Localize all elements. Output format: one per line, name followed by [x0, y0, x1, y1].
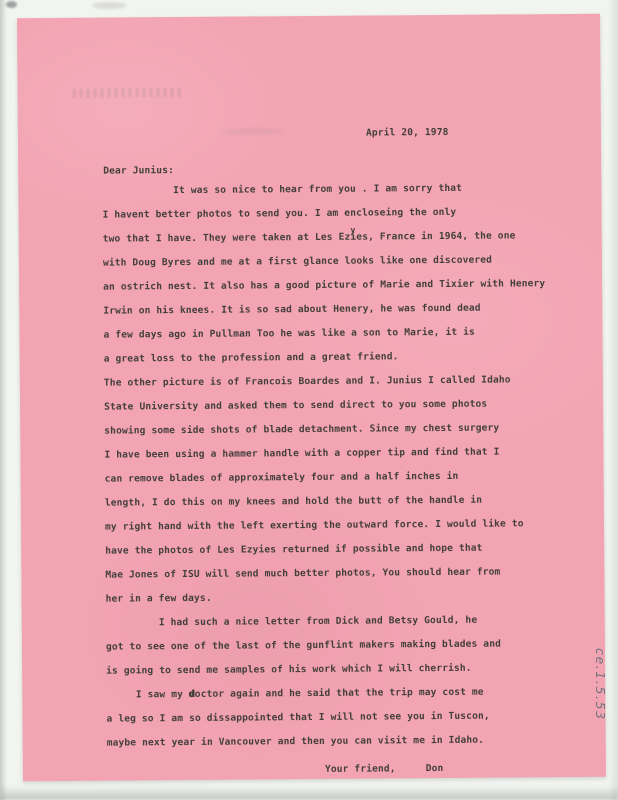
letter-line: maybe next year in Vancouver and then yo… [107, 728, 599, 756]
scan-edge-shadow-left [0, 0, 7, 800]
overstruck-char: d [189, 689, 195, 700]
scanned-letter-page: { "notation": { "^x^": "character typed … [0, 0, 618, 800]
letter-salutation: Dear Junius: [103, 165, 174, 177]
letter-line: an ostrich nest. It also has a good pict… [103, 272, 595, 300]
letter-closing: Your friend,Don [325, 757, 444, 782]
faint-pencil-mark [73, 88, 185, 98]
scan-edge-shade-bottom [0, 786, 618, 800]
catalog-number-annotation: ce.1.5.53 [593, 648, 608, 721]
signature-name: Don [426, 763, 444, 774]
letter-body: It was so nice to hear from you . I am s… [102, 176, 599, 756]
letter-date: April 20, 1978 [366, 127, 449, 139]
letter-line: my right hand with the left exerting the… [105, 512, 597, 540]
scan-artifact-corner [6, 1, 17, 8]
pink-letter-sheet: April 20, 1978 Dear Junius: It was so ni… [17, 14, 606, 782]
faint-smudge [223, 128, 283, 134]
scan-edge-shade-right [608, 0, 618, 800]
closing-phrase: Your friend, [325, 763, 396, 775]
scan-artifact-top [92, 2, 126, 9]
